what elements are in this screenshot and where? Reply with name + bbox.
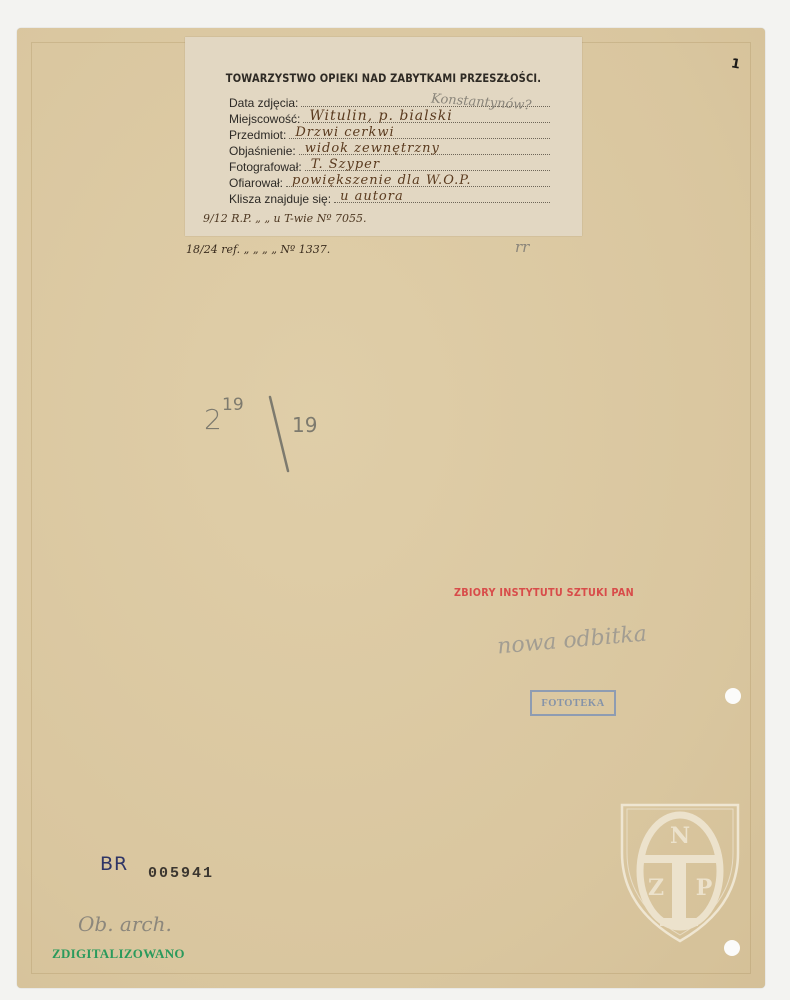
emblem-letter-p: P: [696, 875, 713, 901]
fototeka-stamp-text: FOTOTEKA: [541, 698, 604, 709]
institute-stamp: ZBIORY INSTYTUTU SZTUKI PAN: [454, 587, 634, 599]
inventory-number: 005941: [148, 865, 214, 882]
label-title: TOWARZYSTWO OPIEKI NAD ZABYTKAMI PRZESZŁ…: [213, 71, 554, 85]
field-label: Miejscowość:: [229, 112, 300, 126]
punch-hole-upper: [725, 688, 741, 704]
field-value-line: u autora: [334, 201, 550, 203]
field-photographer: Fotografował: T. Szyper: [229, 158, 550, 174]
field-negative-location: Klisza znajduje się: u autora: [229, 190, 550, 206]
handwritten-value: Witulin, p. bialski: [309, 108, 452, 124]
handwritten-value: widok zewnętrzny: [305, 141, 440, 156]
handwritten-note-line: 9/12 R.P. „ „ u T-wie Nº 7055.: [203, 212, 366, 225]
field-label: Ofiarował:: [229, 176, 283, 190]
field-label: Objaśnienie:: [229, 144, 296, 158]
pencil-archive-note: Ob. arch.: [78, 912, 172, 936]
inventory-prefix: BR: [100, 853, 128, 875]
field-label: Klisza znajduje się:: [229, 192, 331, 206]
field-subject: Przedmiot: Drzwi cerkwi: [229, 126, 550, 142]
field-donor: Ofiarował: powiększenie dla W.O.P.: [229, 174, 550, 190]
field-value-line: Witulin, p. bialski: [303, 121, 550, 123]
handwritten-value: powiększenie dla W.O.P.: [292, 173, 471, 188]
field-label: Data zdjęcia:: [229, 96, 298, 110]
pencil-catalog-number: 2 19 19: [200, 395, 340, 475]
field-explanation: Objaśnienie: widok zewnętrzny: [229, 142, 550, 158]
field-value-line: T. Szyper: [305, 169, 550, 171]
pencil-number-left: 2: [204, 403, 222, 436]
field-label: Przedmiot:: [229, 128, 286, 142]
pencil-initials: rr: [515, 238, 529, 256]
handwritten-value: u autora: [340, 189, 404, 204]
field-value-line: powiększenie dla W.O.P.: [286, 185, 550, 187]
pencil-number-right: 19: [292, 413, 317, 437]
field-value-line: Konstantynów?: [301, 105, 550, 107]
handwritten-ref-line: 18/24 ref. „ „ „ „ Nº 1337.: [186, 243, 330, 256]
field-place: Miejscowość: Witulin, p. bialski: [229, 110, 550, 126]
field-value-line: widok zewnętrzny: [299, 153, 550, 155]
fototeka-stamp: FOTOTEKA: [530, 690, 616, 716]
pencil-number-left-sup: 19: [222, 395, 244, 415]
emblem-letter-n: N: [670, 823, 690, 849]
digitized-stamp: ZDIGITALIZOWANO: [52, 946, 185, 962]
field-label: Fotografował:: [229, 160, 302, 174]
society-label: TOWARZYSTWO OPIEKI NAD ZABYTKAMI PRZESZŁ…: [185, 37, 582, 236]
handwritten-value: T. Szyper: [311, 157, 380, 172]
society-emblem-icon: N Z P: [620, 803, 740, 943]
field-value-line: Drzwi cerkwi: [289, 137, 550, 139]
handwritten-value: Drzwi cerkwi: [295, 125, 394, 140]
emblem-letter-z: Z: [648, 875, 664, 901]
